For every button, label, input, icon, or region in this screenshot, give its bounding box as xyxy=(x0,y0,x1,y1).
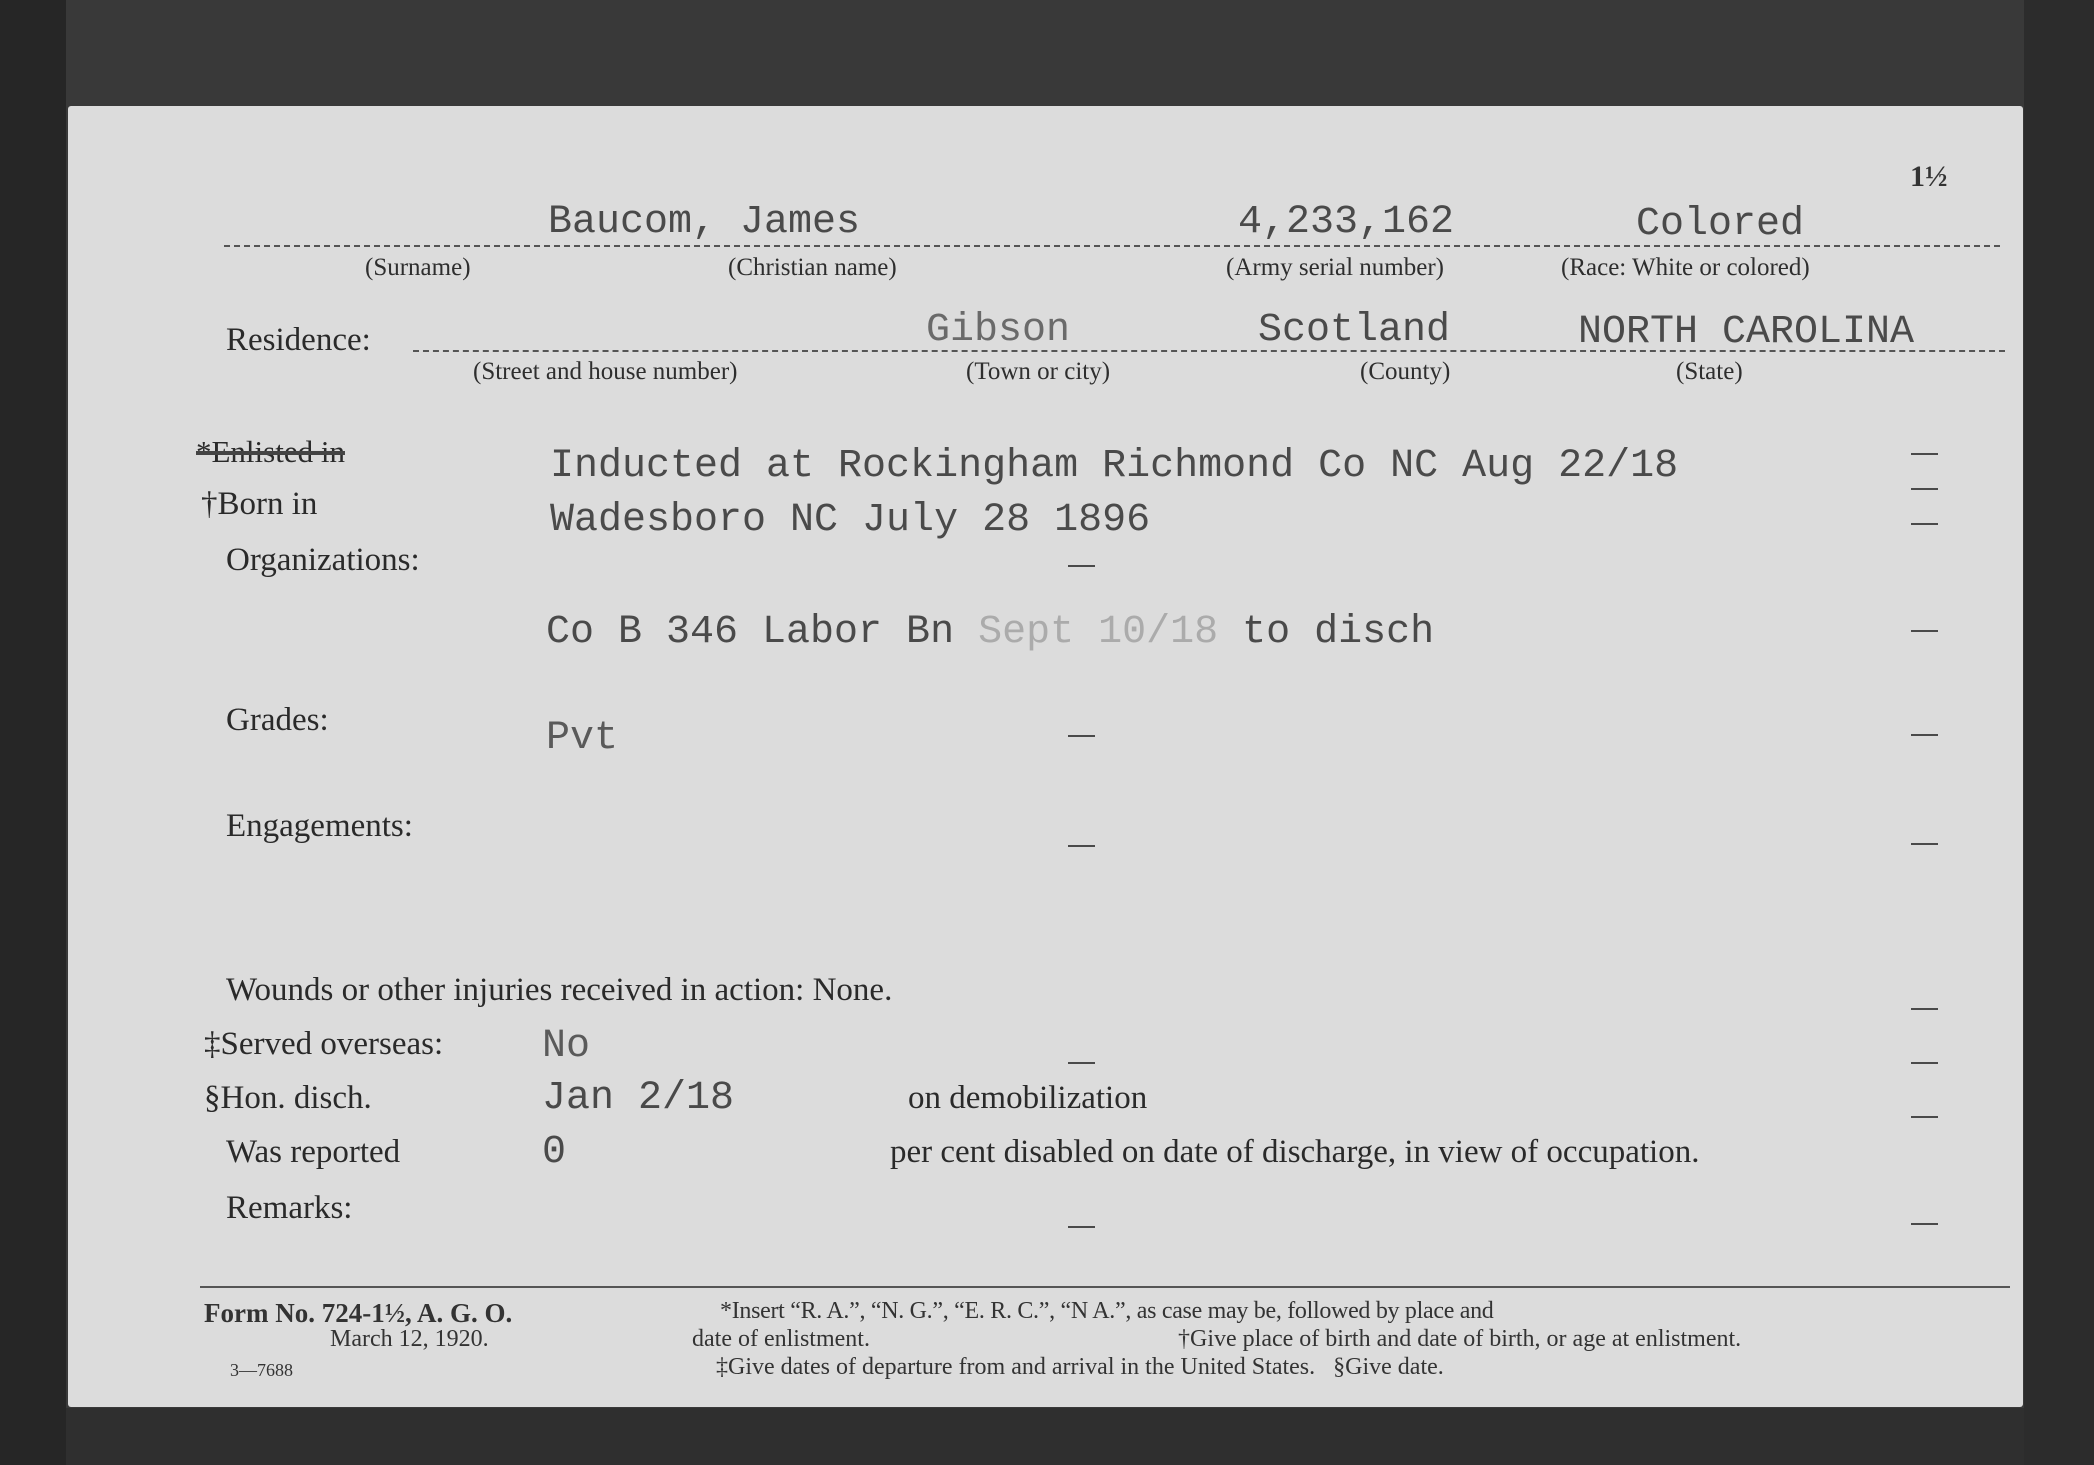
footer-rule xyxy=(200,1286,2010,1288)
header-underline xyxy=(224,245,2000,247)
overseas-label: ‡Served overseas: xyxy=(204,1026,443,1063)
footnote-line-1: *Insert “R. A.”, “N. G.”, “E. R. C.”, “N… xyxy=(720,1298,2010,1325)
hon-disch-note: on demobilization xyxy=(908,1080,1147,1117)
blank-marker xyxy=(1068,735,1095,737)
blank-marker xyxy=(1068,565,1095,567)
hon-disch-value: Jan 2/18 xyxy=(542,1076,734,1121)
scan-background-bottom xyxy=(66,1408,2024,1465)
reported-value: 0 xyxy=(542,1130,566,1175)
enlisted-value: Inducted at Rockingham Richmond Co NC Au… xyxy=(550,444,1678,489)
overseas-value: No xyxy=(542,1024,590,1069)
footnote-line-3: ‡Give dates of departure from and arriva… xyxy=(716,1354,1444,1381)
blank-marker xyxy=(1911,453,1938,455)
scan-background-left xyxy=(0,0,66,1465)
blank-marker xyxy=(1911,1116,1938,1118)
reported-label: Was reported xyxy=(226,1134,400,1171)
blank-marker xyxy=(1911,1223,1938,1225)
county-value: Scotland xyxy=(1258,308,1450,353)
blank-marker xyxy=(1911,843,1938,845)
form-date: March 12, 1920. xyxy=(330,1326,489,1353)
blank-marker xyxy=(1911,1008,1938,1010)
wounds-label: Wounds or other injuries received in act… xyxy=(226,972,804,1008)
footnote-line-2b: †Give place of birth and date of birth, … xyxy=(1178,1326,1741,1353)
wounds-row: Wounds or other injuries received in act… xyxy=(226,972,892,1009)
blank-marker xyxy=(1068,1226,1095,1228)
blank-marker xyxy=(1911,523,1938,525)
enlisted-label: *Enlisted in xyxy=(196,434,345,470)
town-label: (Town or city) xyxy=(966,358,1110,386)
remarks-label: Remarks: xyxy=(226,1190,352,1227)
grades-label: Grades: xyxy=(226,702,329,739)
organizations-value-end: to disch xyxy=(1242,610,1434,655)
hon-disch-label: §Hon. disch. xyxy=(204,1080,372,1117)
organizations-label: Organizations: xyxy=(226,542,420,579)
race-label: (Race: White or colored) xyxy=(1561,254,1810,282)
christian-name-label: (Christian name) xyxy=(728,254,897,282)
organizations-value: Co B 346 Labor Bn Sept 10/18 to disch xyxy=(546,610,1434,655)
scan-background-right xyxy=(2024,0,2094,1465)
organizations-value-unit: Co B 346 Labor Bn xyxy=(546,610,954,655)
race-value: Colored xyxy=(1636,202,1804,247)
service-record-card: 1½ Baucom, James 4,233,162 Colored (Surn… xyxy=(68,106,2023,1407)
state-label: (State) xyxy=(1676,358,1743,386)
wounds-value: None. xyxy=(813,972,893,1008)
serial-value: 4,233,162 xyxy=(1238,200,1454,245)
engagements-label: Engagements: xyxy=(226,808,413,845)
blank-marker xyxy=(1911,734,1938,736)
residence-underline xyxy=(413,350,2005,352)
sheet-number: 1½ xyxy=(1910,160,1948,194)
blank-marker xyxy=(1068,845,1095,847)
footnote-line-2a: date of enlistment. xyxy=(692,1326,870,1353)
blank-marker xyxy=(1911,630,1938,632)
organizations-value-date: Sept 10/18 xyxy=(978,610,1218,655)
born-label: †Born in xyxy=(201,486,317,523)
reported-note: per cent disabled on date of discharge, … xyxy=(890,1134,1699,1171)
blank-marker xyxy=(1911,1062,1938,1064)
state-value: NORTH CAROLINA xyxy=(1578,310,1914,355)
form-number: Form No. 724-1½, A. G. O. xyxy=(204,1298,512,1329)
grades-value: Pvt xyxy=(546,716,618,761)
street-label: (Street and house number) xyxy=(473,358,738,386)
surname-label: (Surname) xyxy=(365,254,471,282)
county-label: (County) xyxy=(1360,358,1450,386)
blank-marker xyxy=(1068,1062,1095,1064)
born-value: Wadesboro NC July 28 1896 xyxy=(550,498,1150,543)
serial-label: (Army serial number) xyxy=(1226,254,1444,282)
name-value: Baucom, James xyxy=(548,200,860,245)
town-value: Gibson xyxy=(926,308,1070,353)
print-code: 3—7688 xyxy=(230,1360,293,1381)
blank-marker xyxy=(1911,488,1938,490)
residence-label: Residence: xyxy=(226,322,371,359)
